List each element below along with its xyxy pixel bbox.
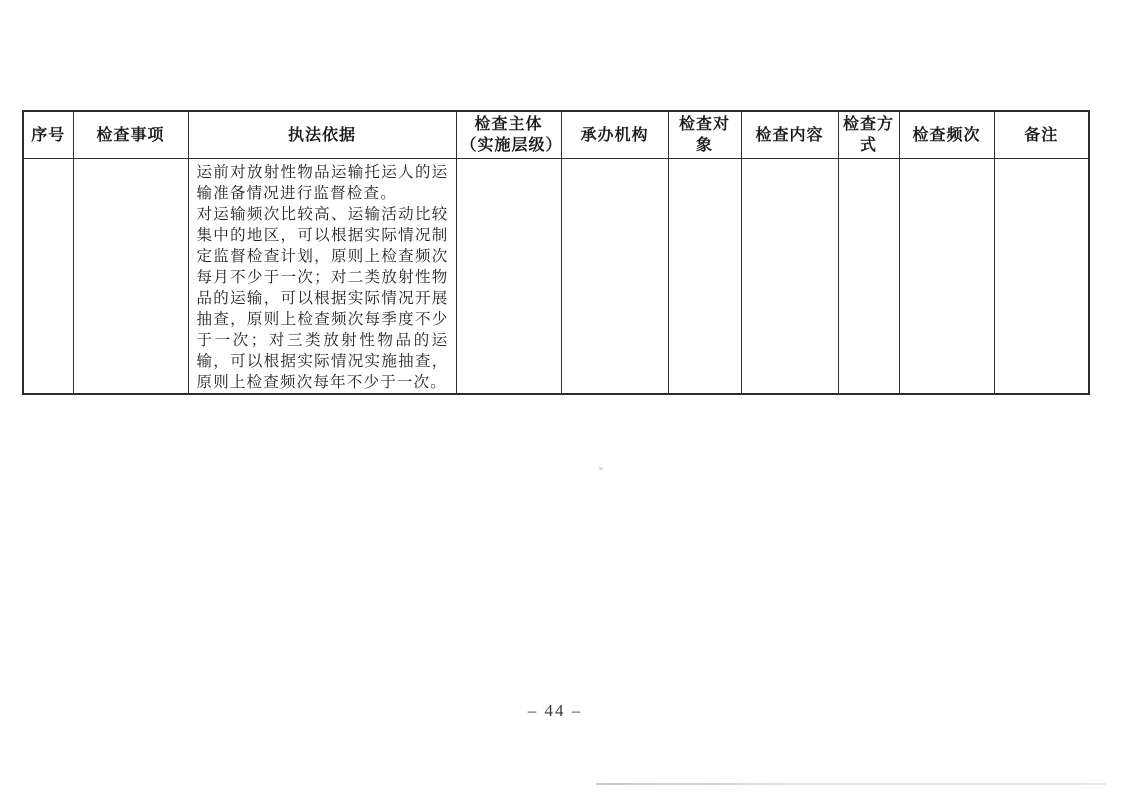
cell-legal-basis: 运前对放射性物品运输托运人的运输准备情况进行监督检查。 对运输频次比较高、运输活… — [188, 159, 456, 395]
column-header-inspection-subject: 检查主体（实施层级） — [456, 111, 561, 159]
column-header-inspection-item: 检查事项 — [73, 111, 188, 159]
page-number: – 44 – — [22, 701, 1088, 721]
column-header-inspection-method: 检查方式 — [838, 111, 899, 159]
cell-inspection-content — [741, 159, 838, 395]
cell-inspection-frequency — [899, 159, 994, 395]
inspection-items-table: 序号 检查事项 执法依据 检查主体（实施层级） 承办机构 检查对象 检查内容 检… — [22, 110, 1090, 395]
column-header-legal-basis: 执法依据 — [188, 111, 456, 159]
column-header-inspection-target: 检查对象 — [668, 111, 741, 159]
column-header-remarks: 备注 — [994, 111, 1089, 159]
legal-basis-paragraph: 对运输频次比较高、运输活动比较集中的地区，可以根据实际情况制定监督检查计划，原则… — [197, 204, 449, 393]
cell-remarks — [994, 159, 1089, 395]
column-header-inspection-content: 检查内容 — [741, 111, 838, 159]
legal-basis-paragraph: 运前对放射性物品运输托运人的运输准备情况进行监督检查。 — [197, 162, 449, 204]
cell-inspection-target — [668, 159, 741, 395]
table-header-row: 序号 检查事项 执法依据 检查主体（实施层级） 承办机构 检查对象 检查内容 检… — [23, 111, 1089, 159]
scan-speck-artifact — [599, 467, 603, 470]
cell-seq-number — [23, 159, 73, 395]
scanned-document-page: 序号 检查事项 执法依据 检查主体（实施层级） 承办机构 检查对象 检查内容 检… — [0, 0, 1122, 793]
scan-artifact-line — [596, 783, 1106, 785]
column-header-inspection-frequency: 检查频次 — [899, 111, 994, 159]
column-header-undertaking-agency: 承办机构 — [561, 111, 668, 159]
table-row: 运前对放射性物品运输托运人的运输准备情况进行监督检查。 对运输频次比较高、运输活… — [23, 159, 1089, 395]
cell-inspection-item — [73, 159, 188, 395]
cell-inspection-subject — [456, 159, 561, 395]
column-header-seq-number: 序号 — [23, 111, 73, 159]
cell-undertaking-agency — [561, 159, 668, 395]
cell-inspection-method — [838, 159, 899, 395]
